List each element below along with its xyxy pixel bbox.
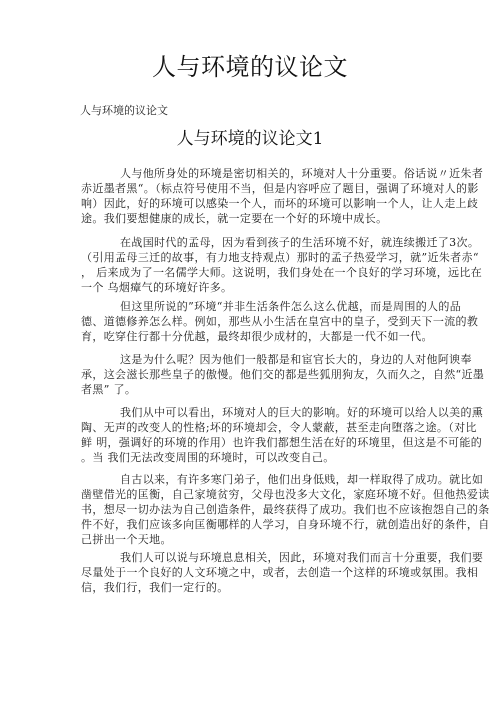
paragraph-3: 但这里所说的”环境“并非生活条件怎么这么优越，而是周围的人的品 德、道德修养怎么…	[81, 299, 421, 344]
paragraph-line: 书，想尽一切办法为自己创造条件，最终获得了成功。我们也不应该抱怨自己的条	[81, 502, 421, 517]
paragraph-7: 我们人可以说与环境息息相关，因此，环境对我们而言十分重要，我们要 尽量处于一个良…	[81, 550, 421, 595]
paragraph-line: 承，这会滋长那些皇子的傲慢。他们交的都是些狐朋狗友，久而久之，自然“近墨	[81, 367, 421, 382]
paragraph-line: 在战国时代的孟母，因为看到孩子的生活环境不好，就连续搬迁了3次。	[81, 235, 421, 250]
document-title: 人与环境的议论文	[0, 52, 500, 82]
document-subtitle: 人与环境的议论文	[80, 104, 168, 118]
paragraph-line: 信，我们行，我们一定行的。	[81, 580, 421, 595]
paragraph-line: 一个 乌烟瘴气的环境好许多。	[81, 280, 421, 295]
paragraph-line: 自古以来，有许多寒门弟子，他们出身低贱，却一样取得了成功。就比如	[81, 472, 421, 487]
paragraph-line: 响）因此，好的环境可以感染一个人，而坏的环境可以影响一个人，让人走上歧	[81, 196, 421, 211]
document-page: 人与环境的议论文 人与环境的议论文 人与环境的议论文1 人与他所身处的环境是密切…	[0, 0, 500, 707]
paragraph-line: 陶、无声的改变人的性格;坏的环境却会，令人蒙蔽，甚至走向堕落之途。（对比	[81, 420, 421, 435]
paragraph-line: 但这里所说的”环境“并非生活条件怎么这么优越，而是周围的人的品	[81, 299, 421, 314]
paragraph-line: 德、道德修养怎么样。例如，那些从小生活在皇宫中的皇子，受到天下一流的教	[81, 314, 421, 329]
paragraph-line: （引用孟母三迁的故事，有力地支持观点）那时的孟子热爱学习，就”近朱者赤“	[81, 250, 421, 265]
paragraph-line: 己拼出一个天地。	[81, 532, 421, 547]
paragraph-line: 。当 我们无法改变周围的环境时，可以改变自己。	[81, 450, 421, 465]
paragraph-2: 在战国时代的孟母，因为看到孩子的生活环境不好，就连续搬迁了3次。 （引用孟母三迁…	[81, 235, 421, 295]
paragraph-line: 件不好，我们应该多向匡衡哪样的人学习，自身环境不行，就创造出好的条件，自	[81, 517, 421, 532]
paragraph-line: 我们人可以说与环境息息相关，因此，环境对我们而言十分重要，我们要	[81, 550, 421, 565]
paragraph-line: 者黑” 了。	[81, 382, 421, 397]
paragraph-line: 赤近墨者黑“。（标点符号使用不当，但是内容呼应了题目，强调了环境对人的影	[81, 181, 421, 196]
paragraph-6: 自古以来，有许多寒门弟子，他们出身低贱，却一样取得了成功。就比如 凿壁借光的匡衡…	[81, 472, 421, 547]
paragraph-line: ， 后来成为了一名儒学大师。这说明，我们身处在一个良好的学习环境，远比在	[81, 265, 421, 280]
paragraph-4: 这是为什么呢？因为他们一般都是和宦官长大的，身边的人对他阿谀奉 承，这会滋长那些…	[81, 352, 421, 397]
paragraph-line: 人与他所身处的环境是密切相关的，环境对人十分重要。俗话说〃近朱者	[81, 166, 421, 181]
paragraph-line: 凿壁借光的匡衡，自己家境贫穷，父母也没多大文化，家庭环境不好。但他热爱读	[81, 487, 421, 502]
paragraph-line: 鲜 明，强调好的环境的作用）也许我们都想生活在好的环境里，但这是不可能的	[81, 435, 421, 450]
paragraph-line: 这是为什么呢？因为他们一般都是和宦官长大的，身边的人对他阿谀奉	[81, 352, 421, 367]
paragraph-line: 途。我们要想健康的成长，就一定要在一个好的环境中成长。	[81, 211, 421, 226]
paragraph-line: 我们从中可以看出，环境对人的巨大的影响。好的环境可以给人以美的熏	[81, 405, 421, 420]
paragraph-line: 育，吃穿住行都十分优越，最终却很少成材的，大都是一代不如一代。	[81, 329, 421, 344]
paragraph-1: 人与他所身处的环境是密切相关的，环境对人十分重要。俗话说〃近朱者 赤近墨者黑“。…	[81, 166, 421, 226]
essay-heading: 人与环境的议论文1	[0, 128, 500, 150]
paragraph-5: 我们从中可以看出，环境对人的巨大的影响。好的环境可以给人以美的熏 陶、无声的改变…	[81, 405, 421, 465]
paragraph-line: 尽量处于一个良好的人文环境之中，或者，去创造一个这样的环境或氛围。我相	[81, 565, 421, 580]
